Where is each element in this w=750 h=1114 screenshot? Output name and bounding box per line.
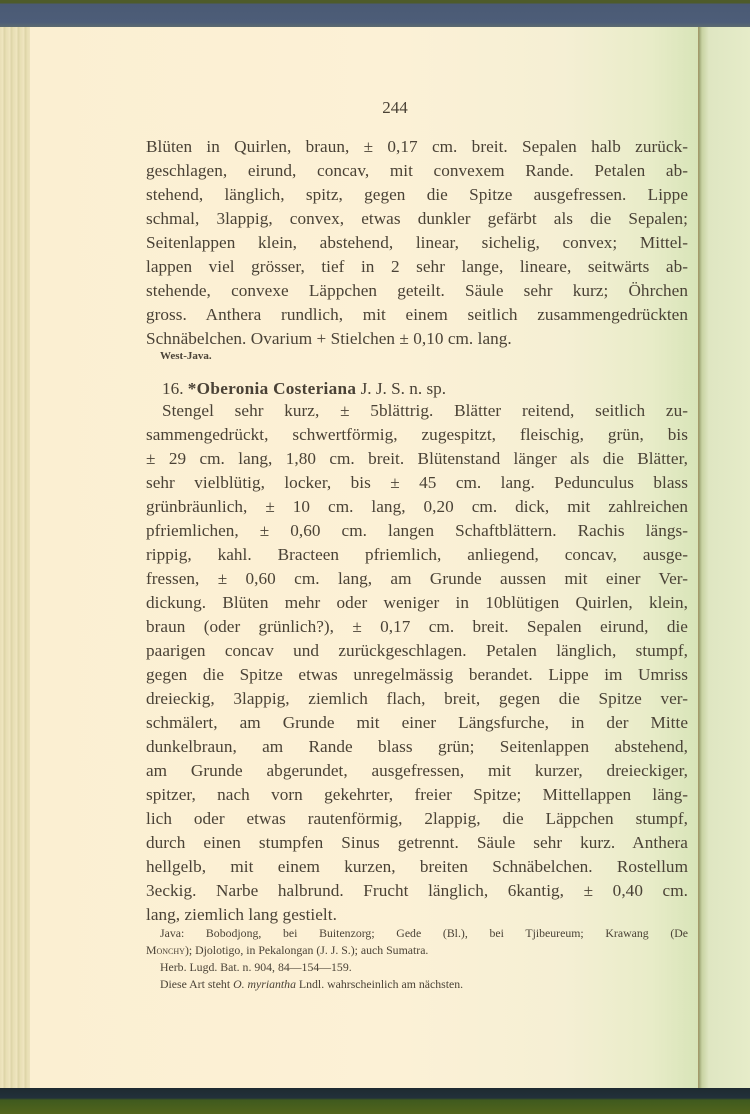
page-number: 244: [380, 98, 410, 118]
species-author: J. J. S. n. sp.: [361, 379, 446, 398]
locality-list-line: Java: Bobodjong, bei Buitenzorg; Gede (B…: [160, 926, 688, 941]
text-line: grünbräunlich, ± 10 cm. lang, 0,20 cm. d…: [146, 496, 688, 518]
text-line: lappen viel grösser, tief in 2 sehr lang…: [146, 256, 688, 278]
text-line: Blüten in Quirlen, braun, ± 0,17 cm. bre…: [146, 136, 688, 158]
text-line: braun (oder grünlich?), ± 0,17 cm. breit…: [146, 616, 688, 638]
text-line: stehend, länglich, spitz, gegen die Spit…: [146, 184, 688, 206]
text-line: pfriemlichen, ± 0,60 cm. langen Schaftbl…: [146, 520, 688, 542]
related-species-name: O. myriantha: [233, 977, 296, 991]
text-line: schmal, 3lappig, convex, etwas dunkler g…: [146, 208, 688, 230]
text-line: Seitenlappen klein, abstehend, linear, s…: [146, 232, 688, 254]
text-line: Stengel sehr kurz, ± 5blättrig. Blätter …: [162, 400, 688, 422]
text-line: stehende, convexe Läppchen geteilt. Säul…: [146, 280, 688, 302]
text-line: schmälert, am Grunde mit einer Längsfurc…: [146, 712, 688, 734]
text-line: durch einen stumpfen Sinus getrennt. Säu…: [146, 832, 688, 854]
text-line: gross. Anthera rundlich, mit einem seitl…: [146, 304, 688, 326]
locality-list-rest: ); Djolotigo, in Pekalongan (J. J. S.); …: [185, 943, 428, 957]
text-line: Schnäbelchen. Ovarium + Stielchen ± 0,10…: [146, 328, 688, 350]
text-line: sammengedrückt, schwertförmig, zugespitz…: [146, 424, 688, 446]
text-line: hellgelb, mit einem kurzen, breiten Schn…: [146, 856, 688, 878]
text-line: rippig, kahl. Bracteen pfriemlich, anlie…: [146, 544, 688, 566]
book-cover-top-edge: [0, 0, 750, 27]
locality-list-line: Monchy); Djolotigo, in Pekalongan (J. J.…: [146, 943, 428, 958]
text-line: geschlagen, eirund, concav, mit convexem…: [146, 160, 688, 182]
text-line: fressen, ± 0,60 cm. lang, am Grunde auss…: [146, 568, 688, 590]
book-cover-bottom-edge: [0, 1088, 750, 1114]
text-line: dickung. Blüten mehr oder weniger in 10b…: [146, 592, 688, 614]
text-line: am Grunde abgerundet, ausgefressen, mit …: [146, 760, 688, 782]
text-line: lang, ziemlich lang gestielt.: [146, 904, 688, 926]
affinity-text: Diese Art steht: [160, 977, 233, 991]
text-line: paarigen concav und zurückgeschlagen. Pe…: [146, 640, 688, 662]
text-line: spitzer, nach vorn gekehrter, freier Spi…: [146, 784, 688, 806]
locality-note: West-Java.: [160, 349, 212, 364]
species-number: 16.: [162, 379, 183, 398]
affinity-text: Lndl. wahrscheinlich am nächsten.: [296, 977, 463, 991]
species-name: *Oberonia Costeriana: [188, 379, 356, 398]
text-line: ± 29 cm. lang, 1,80 cm. breit. Blütensta…: [146, 448, 688, 470]
affinity-note: Diese Art steht O. myriantha Lndl. wahrs…: [160, 977, 463, 992]
text-line: gegen die Spitze etwas unregelmässig ber…: [146, 664, 688, 686]
text-line: lich oder etwas rautenförmig, 2lappig, d…: [146, 808, 688, 830]
text-line: dunkelbraun, am Rande blass grün; Seiten…: [146, 736, 688, 758]
text-line: sehr vielblütig, locker, bis ± 45 cm. la…: [146, 472, 688, 494]
species-heading: 16. *Oberonia Costeriana J. J. S. n. sp.: [162, 378, 446, 400]
text-line: 3eckig. Narbe halbrund. Frucht länglich,…: [146, 880, 688, 902]
herbarium-reference: Herb. Lugd. Bat. n. 904, 84—154—159.: [160, 960, 352, 975]
page-stack-left-edge: [0, 27, 30, 1088]
facing-page-edge: [698, 27, 750, 1088]
text-line: dreieckig, 3lappig, ziemlich flach, brei…: [146, 688, 688, 710]
collector-name: Monchy: [146, 943, 185, 957]
